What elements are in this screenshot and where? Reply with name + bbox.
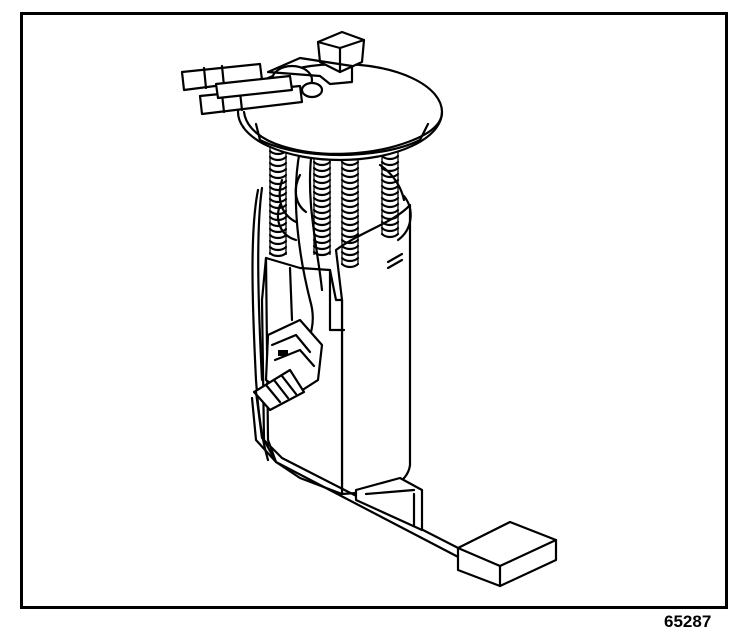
fuel-pump-module-illustration <box>0 0 752 644</box>
fuel-reservoir <box>336 196 411 494</box>
float <box>458 522 556 586</box>
figure-number: 65287 <box>664 612 711 632</box>
